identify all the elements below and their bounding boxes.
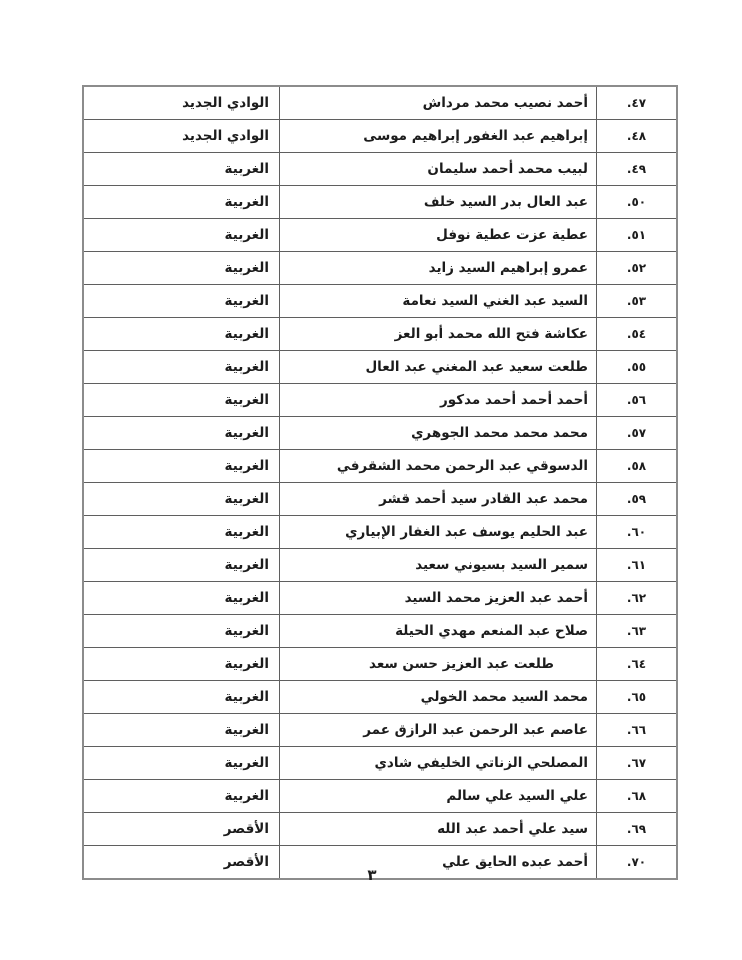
table-row: ٦٢.أحمد عبد العزيز محمد السيدالغربية <box>83 582 677 615</box>
name-cell: طلعت عبد العزيز حسن سعد <box>280 648 597 681</box>
name-cell: صلاح عبد المنعم مهدي الحيلة <box>280 615 597 648</box>
table-row: ٦٦.عاصم عبد الرحمن عبد الرازق عمرالغربية <box>83 714 677 747</box>
roster-table-body: ٤٧.أحمد نصيب محمد مرداشالوادي الجديد ٤٨.… <box>83 86 677 879</box>
table-row: ٥٨.الدسوقي عبد الرحمن محمد الشقرفيالغربي… <box>83 450 677 483</box>
name-cell: طلعت سعيد عبد المغني عبد العال <box>280 351 597 384</box>
name-cell: عطية عزت عطية نوفل <box>280 219 597 252</box>
governorate-cell: الغربية <box>83 582 280 615</box>
table-row: ٦٩.سيد علي أحمد عبد اللهالأقصر <box>83 813 677 846</box>
row-number-cell: ٥٤. <box>597 318 678 351</box>
table-row: ٦٣.صلاح عبد المنعم مهدي الحيلةالغربية <box>83 615 677 648</box>
table-row: ٥٤.عكاشة فتح الله محمد أبو العزالغربية <box>83 318 677 351</box>
row-number-cell: ٦٧. <box>597 747 678 780</box>
name-cell: محمد محمد محمد الجوهري <box>280 417 597 450</box>
row-number-cell: ٤٩. <box>597 153 678 186</box>
governorate-cell: الغربية <box>83 549 280 582</box>
governorate-cell: الغربية <box>83 252 280 285</box>
table-row: ٥٦.أحمد أحمد أحمد مدكورالغربية <box>83 384 677 417</box>
governorate-cell: الغربية <box>83 219 280 252</box>
table-row: ٤٧.أحمد نصيب محمد مرداشالوادي الجديد <box>83 86 677 120</box>
governorate-cell: الغربية <box>83 780 280 813</box>
name-cell: الدسوقي عبد الرحمن محمد الشقرفي <box>280 450 597 483</box>
governorate-cell: الغربية <box>83 285 280 318</box>
row-number-cell: ٦٦. <box>597 714 678 747</box>
row-number-cell: ٦٤. <box>597 648 678 681</box>
row-number-cell: ٥٨. <box>597 450 678 483</box>
table-row: ٥٠.عبد العال بدر السيد خلفالغربية <box>83 186 677 219</box>
name-cell: عكاشة فتح الله محمد أبو العز <box>280 318 597 351</box>
roster-table: ٤٧.أحمد نصيب محمد مرداشالوادي الجديد ٤٨.… <box>82 85 678 880</box>
governorate-cell: الغربية <box>83 318 280 351</box>
table-row: ٦٧.المصلحي الزناتي الخليفي شاديالغربية <box>83 747 677 780</box>
governorate-cell: الغربية <box>83 450 280 483</box>
name-cell: عاصم عبد الرحمن عبد الرازق عمر <box>280 714 597 747</box>
row-number-cell: ٥١. <box>597 219 678 252</box>
table-row: ٦٤.طلعت عبد العزيز حسن سعدالغربية <box>83 648 677 681</box>
row-number-cell: ٤٧. <box>597 86 678 120</box>
row-number-cell: ٥٦. <box>597 384 678 417</box>
governorate-cell: الغربية <box>83 681 280 714</box>
page-number: ٣ <box>82 866 662 884</box>
row-number-cell: ٥٥. <box>597 351 678 384</box>
name-cell: سيد علي أحمد عبد الله <box>280 813 597 846</box>
governorate-cell: الغربية <box>83 186 280 219</box>
name-cell: أحمد أحمد أحمد مدكور <box>280 384 597 417</box>
row-number-cell: ٦٣. <box>597 615 678 648</box>
governorate-cell: الغربية <box>83 384 280 417</box>
row-number-cell: ٥٣. <box>597 285 678 318</box>
row-number-cell: ٦٨. <box>597 780 678 813</box>
row-number-cell: ٤٨. <box>597 120 678 153</box>
row-number-cell: ٦٠. <box>597 516 678 549</box>
row-number-cell: ٥٩. <box>597 483 678 516</box>
row-number-cell: ٥٧. <box>597 417 678 450</box>
governorate-cell: الغربية <box>83 153 280 186</box>
name-cell: محمد السيد محمد الخولي <box>280 681 597 714</box>
name-cell: لبيب محمد أحمد سليمان <box>280 153 597 186</box>
table-row: ٥٥.طلعت سعيد عبد المغني عبد العالالغربية <box>83 351 677 384</box>
name-cell: إبراهيم عبد الغفور إبراهيم موسى <box>280 120 597 153</box>
table-row: ٥٩.محمد عبد القادر سيد أحمد قشرالغربية <box>83 483 677 516</box>
name-cell: المصلحي الزناتي الخليفي شادي <box>280 747 597 780</box>
governorate-cell: الوادي الجديد <box>83 120 280 153</box>
table-row: ٥٢.عمرو إبراهيم السيد زايدالغربية <box>83 252 677 285</box>
table-row: ٦١.سمير السيد بسيوني سعيدالغربية <box>83 549 677 582</box>
row-number-cell: ٦٢. <box>597 582 678 615</box>
governorate-cell: الأقصر <box>83 813 280 846</box>
table-row: ٦٨.علي السيد علي سالمالغربية <box>83 780 677 813</box>
name-cell: سمير السيد بسيوني سعيد <box>280 549 597 582</box>
governorate-cell: الغربية <box>83 483 280 516</box>
governorate-cell: الوادي الجديد <box>83 86 280 120</box>
name-cell: السيد عبد الغني السيد نعامة <box>280 285 597 318</box>
name-cell: عبد العال بدر السيد خلف <box>280 186 597 219</box>
table-row: ٥٣.السيد عبد الغني السيد نعامةالغربية <box>83 285 677 318</box>
table-row: ٥٧.محمد محمد محمد الجوهريالغربية <box>83 417 677 450</box>
row-number-cell: ٥٠. <box>597 186 678 219</box>
table-row: ٦٠.عبد الحليم يوسف عبد الغفار الإبياريال… <box>83 516 677 549</box>
name-cell: عمرو إبراهيم السيد زايد <box>280 252 597 285</box>
name-cell: عبد الحليم يوسف عبد الغفار الإبياري <box>280 516 597 549</box>
name-cell: محمد عبد القادر سيد أحمد قشر <box>280 483 597 516</box>
row-number-cell: ٥٢. <box>597 252 678 285</box>
governorate-cell: الغربية <box>83 351 280 384</box>
name-cell: علي السيد علي سالم <box>280 780 597 813</box>
table-row: ٦٥.محمد السيد محمد الخوليالغربية <box>83 681 677 714</box>
table-row: ٤٨.إبراهيم عبد الغفور إبراهيم موسىالوادي… <box>83 120 677 153</box>
row-number-cell: ٦١. <box>597 549 678 582</box>
name-cell: أحمد عبد العزيز محمد السيد <box>280 582 597 615</box>
governorate-cell: الغربية <box>83 747 280 780</box>
governorate-cell: الغربية <box>83 714 280 747</box>
row-number-cell: ٦٥. <box>597 681 678 714</box>
document-page: ٤٧.أحمد نصيب محمد مرداشالوادي الجديد ٤٨.… <box>0 0 742 960</box>
governorate-cell: الغربية <box>83 648 280 681</box>
row-number-cell: ٦٩. <box>597 813 678 846</box>
governorate-cell: الغربية <box>83 615 280 648</box>
table-row: ٥١.عطية عزت عطية نوفلالغربية <box>83 219 677 252</box>
table-row: ٤٩.لبيب محمد أحمد سليمانالغربية <box>83 153 677 186</box>
governorate-cell: الغربية <box>83 516 280 549</box>
name-cell: أحمد نصيب محمد مرداش <box>280 86 597 120</box>
governorate-cell: الغربية <box>83 417 280 450</box>
